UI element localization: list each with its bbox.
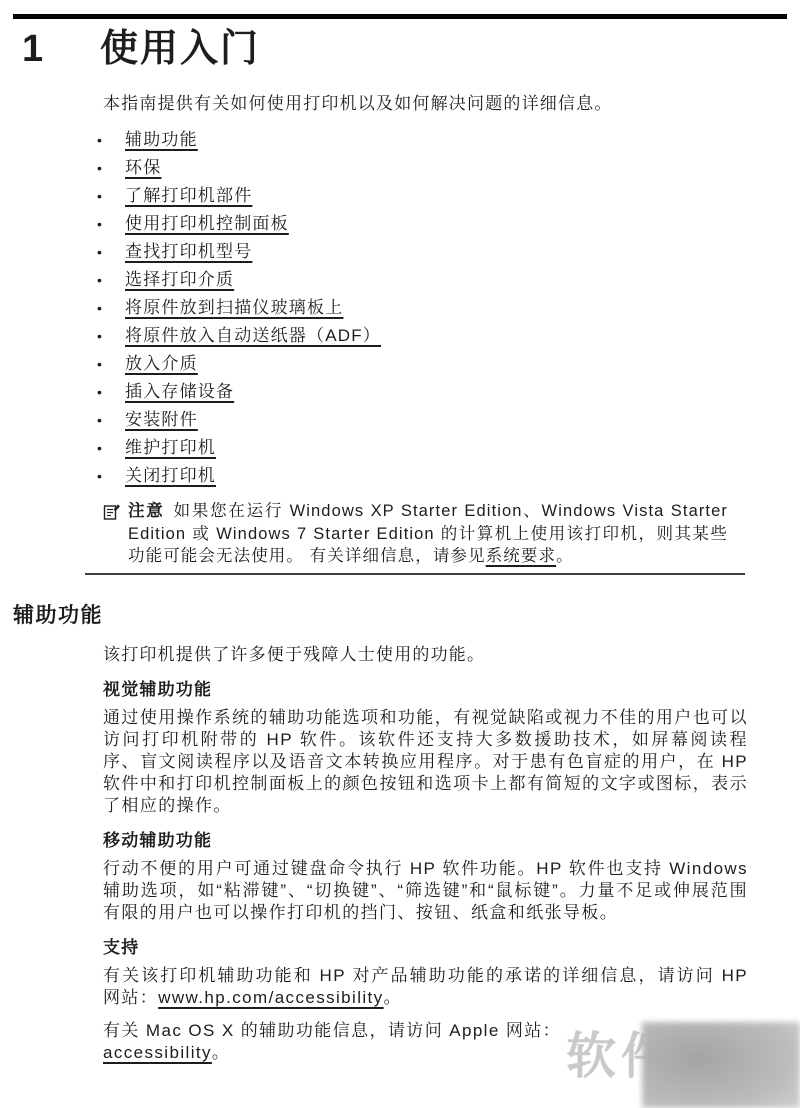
toc-link-printer-parts[interactable]: 了解打印机部件: [125, 186, 252, 205]
toc-item: •了解打印机部件: [97, 182, 748, 210]
note-block: 注意如果您在运行 Windows XP Starter Edition、Wind…: [103, 500, 748, 568]
note-label: 注意: [128, 502, 165, 520]
toc-link-print-media[interactable]: 选择打印介质: [125, 270, 234, 289]
chapter-number: 1: [22, 28, 100, 70]
chapter-title: 使用入门: [100, 28, 260, 70]
support-link-hp-accessibility[interactable]: www.hp.com/accessibility: [158, 988, 383, 1007]
bullet-icon: •: [97, 351, 125, 378]
support-mac-text: 有关 Mac OS X 的辅助功能信息，请访问 Apple 网站：: [103, 1021, 561, 1040]
toc-link-scanner-glass[interactable]: 将原件放到扫描仪玻璃板上: [125, 298, 343, 317]
subheading-mobility: 移动辅助功能: [103, 830, 748, 852]
subheading-visual: 视觉辅助功能: [103, 679, 748, 701]
bullet-icon: •: [97, 127, 125, 154]
toc-link-load-media[interactable]: 放入介质: [125, 354, 198, 373]
toc-link-turn-off-printer[interactable]: 关闭打印机: [125, 466, 216, 485]
bullet-icon: •: [97, 407, 125, 434]
bullet-icon: •: [97, 323, 125, 350]
toc-link-maintain-printer[interactable]: 维护打印机: [125, 438, 216, 457]
intro-paragraph: 本指南提供有关如何使用打印机以及如何解决问题的详细信息。: [103, 93, 748, 115]
chapter-heading: 1 使用入门: [22, 28, 800, 70]
toc-link-environment[interactable]: 环保: [125, 158, 161, 177]
bullet-icon: •: [97, 463, 125, 490]
support-hp-suffix: 。: [384, 988, 402, 1007]
bullet-icon: •: [97, 435, 125, 462]
toc-item: •关闭打印机: [97, 462, 748, 490]
toc-item: •安装附件: [97, 406, 748, 434]
bullet-icon: •: [97, 267, 125, 294]
toc-link-control-panel[interactable]: 使用打印机控制面板: [125, 214, 289, 233]
watermark-blob: [642, 1022, 800, 1108]
note-text: 注意如果您在运行 Windows XP Starter Edition、Wind…: [128, 500, 728, 568]
toc-link-memory-device[interactable]: 插入存储设备: [125, 382, 234, 401]
section-lead: 该打印机提供了许多便于残障人士使用的功能。: [103, 644, 748, 666]
bullet-icon: •: [97, 183, 125, 210]
bullet-icon: •: [97, 155, 125, 182]
toc-item: •选择打印介质: [97, 266, 748, 294]
toc-link-adf[interactable]: 将原件放入自动送纸器（ADF）: [125, 326, 381, 345]
note-suffix: 。: [556, 547, 574, 565]
note-body: 如果您在运行 Windows XP Starter Edition、Window…: [128, 502, 728, 565]
visual-paragraph: 通过使用操作系统的辅助功能选项和功能，有视觉缺陷或视力不佳的用户也可以访问打印机…: [103, 707, 748, 817]
toc-item: •维护打印机: [97, 434, 748, 462]
toc-item: •将原件放到扫描仪玻璃板上: [97, 294, 748, 322]
toc-item: •环保: [97, 154, 748, 182]
bullet-icon: •: [97, 379, 125, 406]
mobility-paragraph: 行动不便的用户可通过键盘命令执行 HP 软件功能。HP 软件也支持 Window…: [103, 858, 748, 924]
toc-item: •放入介质: [97, 350, 748, 378]
toc-link-accessories[interactable]: 安装附件: [125, 410, 198, 429]
toc-list: •辅助功能 •环保 •了解打印机部件 •使用打印机控制面板 •查找打印机型号 •…: [97, 126, 748, 490]
subheading-support: 支持: [103, 937, 748, 959]
support-paragraph-hp: 有关该打印机辅助功能和 HP 对产品辅助功能的承诺的详细信息，请访问 HP 网站…: [103, 965, 748, 1009]
section-heading-accessibility: 辅助功能: [13, 603, 800, 628]
toc-item: •将原件放入自动送纸器（ADF）: [97, 322, 748, 350]
bullet-icon: •: [97, 211, 125, 238]
toc-link-model-number[interactable]: 查找打印机型号: [125, 242, 252, 261]
bullet-icon: •: [97, 295, 125, 322]
toc-item: •查找打印机型号: [97, 238, 748, 266]
toc-item: •辅助功能: [97, 126, 748, 154]
support-mac-suffix: 。: [212, 1043, 230, 1062]
note-pencil-icon: [103, 500, 121, 568]
section-divider: [85, 573, 745, 575]
chapter-top-rule: [13, 14, 787, 19]
note-link-system-requirements[interactable]: 系统要求: [486, 547, 556, 565]
toc-item: •使用打印机控制面板: [97, 210, 748, 238]
bullet-icon: •: [97, 239, 125, 266]
support-link-apple-accessibility[interactable]: accessibility: [103, 1043, 212, 1062]
toc-item: •插入存储设备: [97, 378, 748, 406]
manual-page: 1 使用入门 本指南提供有关如何使用打印机以及如何解决问题的详细信息。 •辅助功…: [0, 0, 800, 1108]
toc-link-accessibility[interactable]: 辅助功能: [125, 130, 198, 149]
